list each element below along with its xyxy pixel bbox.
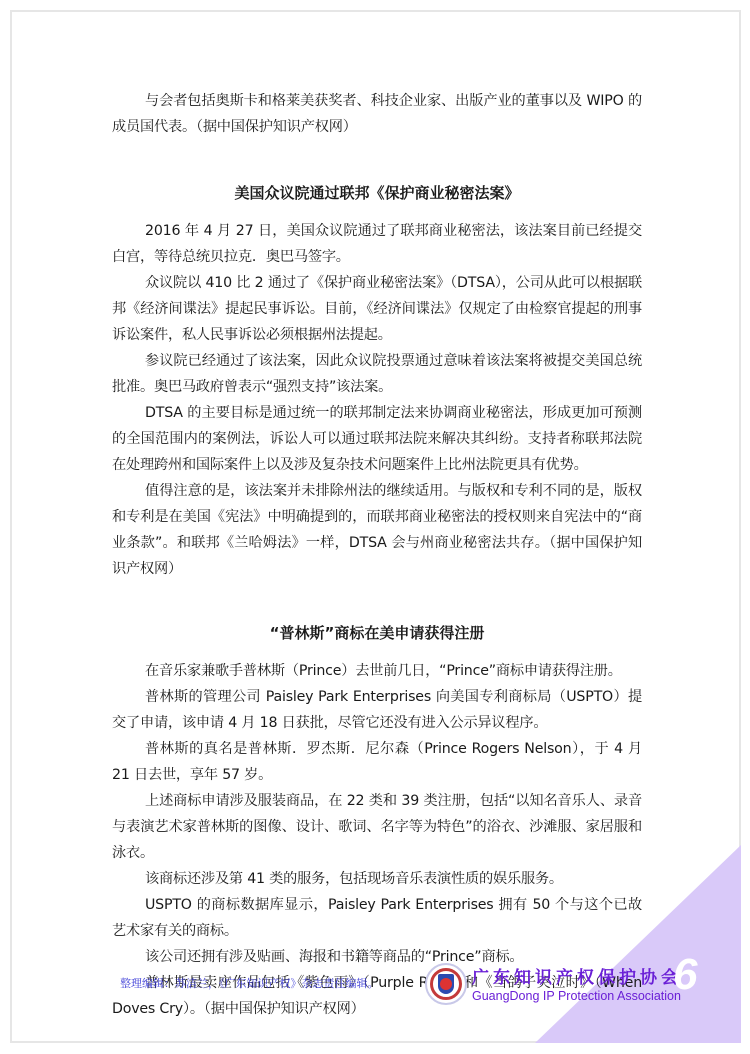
- editor-note: 整理编辑：苏洁兰，《广东知识产权》杂志责任编辑。: [120, 975, 379, 991]
- article-content: 与会者包括奥斯卡和格莱美获奖者、科技企业家、出版产业的董事以及 WIPO 的成员…: [112, 88, 642, 1022]
- intro-paragraph: 与会者包括奥斯卡和格莱美获奖者、科技企业家、出版产业的董事以及 WIPO 的成员…: [112, 88, 642, 140]
- paragraph: 2016 年 4 月 27 日，美国众议院通过了联邦商业秘密法，该法案目前已经提…: [112, 218, 642, 270]
- paragraph: 在音乐家兼歌手普林斯（Prince）去世前几日，“Prince”商标申请获得注册…: [112, 658, 642, 684]
- paragraph: USPTO 的商标数据库显示，Paisley Park Enterprises …: [112, 892, 642, 944]
- paragraph: DTSA 的主要目标是通过统一的联邦制定法来协调商业秘密法，形成更加可预测的全国…: [112, 400, 642, 478]
- paragraph: 普林斯的管理公司 Paisley Park Enterprises 向美国专利商…: [112, 684, 642, 736]
- association-name-cn: 广东知识产权保护协会: [472, 963, 682, 988]
- section-title-prince: “普林斯”商标在美申请获得注册: [112, 620, 642, 646]
- section-title-dtsa: 美国众议院通过联邦《保护商业秘密法案》: [112, 180, 642, 206]
- association-name-en: GuangDong IP Protection Association: [472, 989, 681, 1003]
- paragraph: 值得注意的是，该法案并未排除州法的继续适用。与版权和专利不同的是，版权和专利是在…: [112, 478, 642, 582]
- paragraph: 普林斯的真名是普林斯．罗杰斯．尼尔森（Prince Rogers Nelson）…: [112, 736, 642, 788]
- paragraph: 上述商标申请涉及服装商品，在 22 类和 39 类注册，包括“以知名音乐人、录音…: [112, 788, 642, 866]
- association-emblem-icon: [425, 963, 467, 1005]
- page-number: 6: [673, 950, 697, 1000]
- paragraph: 参议院已经通过了该法案，因此众议院投票通过意味着该法案将被提交美国总统批准。奥巴…: [112, 348, 642, 400]
- paragraph: 该商标还涉及第 41 类的服务，包括现场音乐表演性质的娱乐服务。: [112, 866, 642, 892]
- paragraph: 众议院以 410 比 2 通过了《保护商业秘密法案》（DTSA），公司从此可以根…: [112, 270, 642, 348]
